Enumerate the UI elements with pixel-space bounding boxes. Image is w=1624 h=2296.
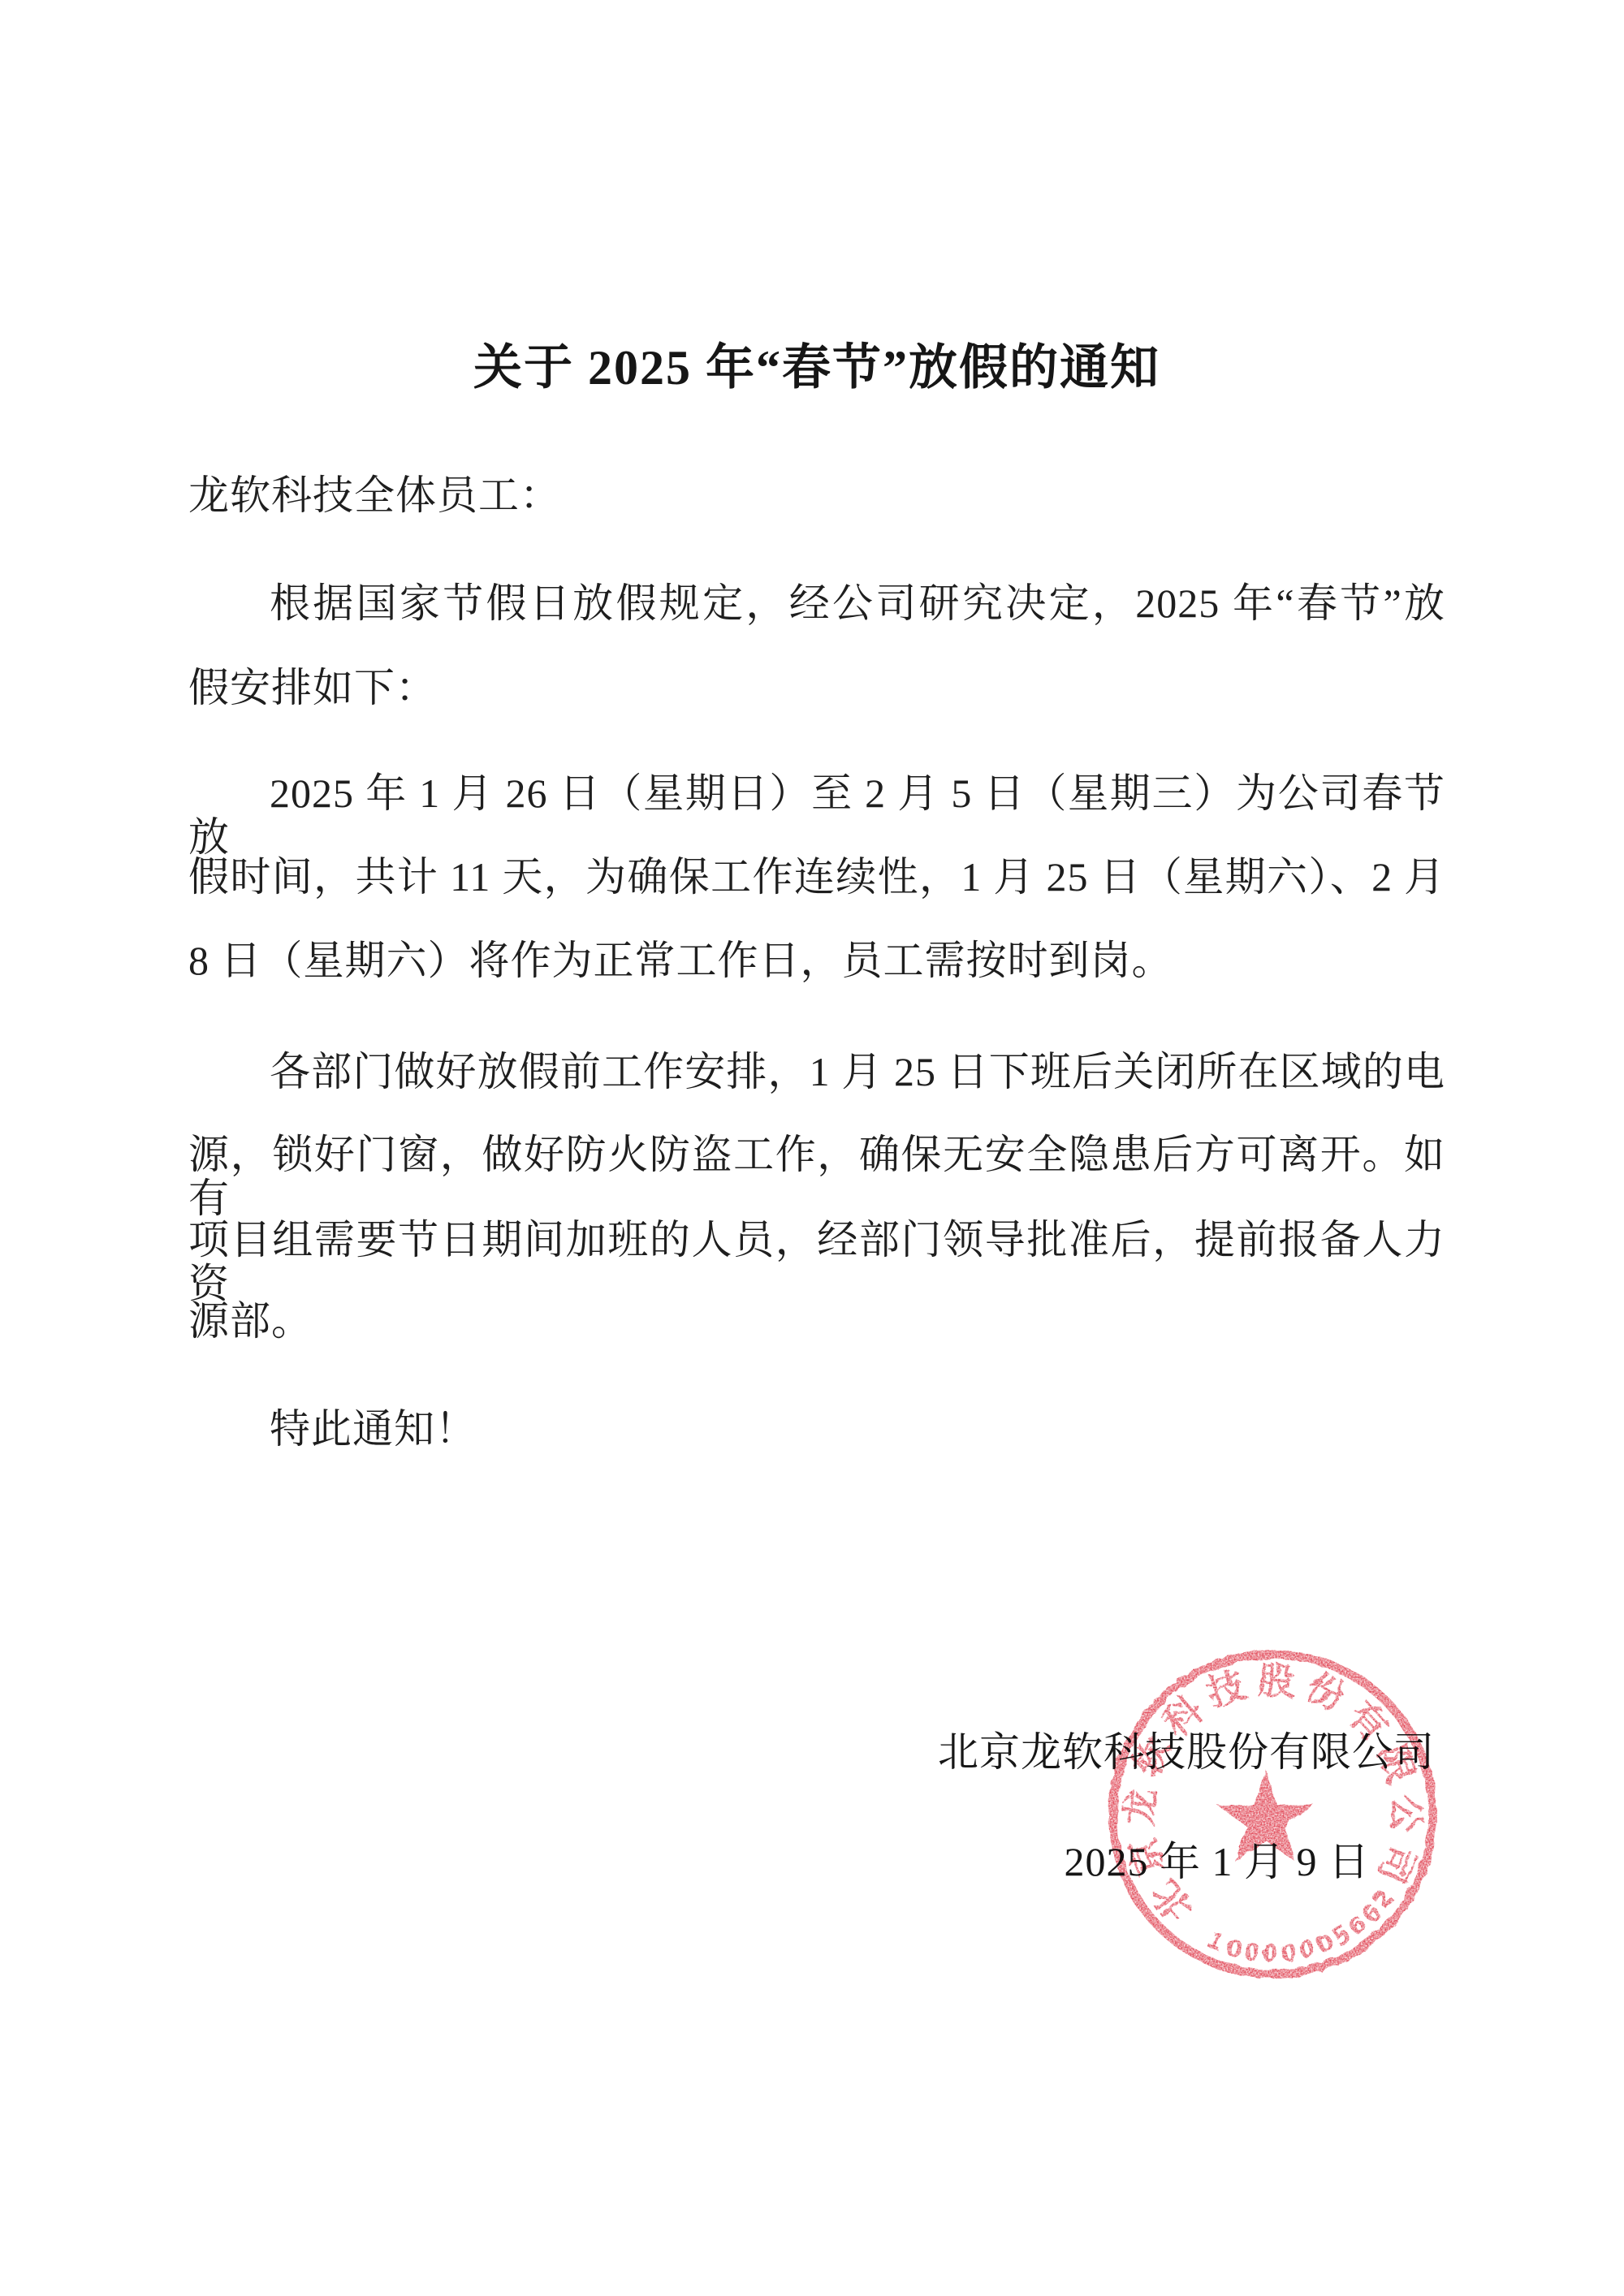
body-line: 项目组需要节日期间加班的人员，经部门领导批准后，提前报备人力资 bbox=[188, 1218, 1445, 1306]
seal-star-icon bbox=[1216, 1768, 1313, 1861]
body-line: 源部。 bbox=[188, 1299, 1445, 1343]
notice-title: 关于 2025 年“春节”放假的通知 bbox=[188, 341, 1445, 395]
salutation-line: 龙软科技全体员工： bbox=[188, 473, 1445, 517]
body-line: 2025 年 1 月 26 日（星期日）至 2 月 5 日（星期三）为公司春节放 bbox=[188, 771, 1445, 859]
body-line: 根据国家节假日放假规定，经公司研究决定，2025 年“春节”放 bbox=[188, 581, 1445, 625]
closing-line: 特此通知！ bbox=[188, 1407, 1445, 1451]
body-line: 假安排如下： bbox=[188, 666, 1445, 710]
company-seal: 北京龙软科技股份有限公司 1100000056626 bbox=[1106, 1647, 1437, 1979]
body-line: 源，锁好门窗，做好防火防盗工作，确保无安全隐患后方可离开。如有 bbox=[188, 1133, 1445, 1220]
notice-document-page: 关于 2025 年“春节”放假的通知 龙软科技全体员工： 根据国家节假日放假规定… bbox=[0, 0, 1624, 2296]
body-line: 各部门做好放假前工作安排，1 月 25 日下班后关闭所在区域的电 bbox=[188, 1050, 1445, 1094]
body-line: 8 日（星期六）将作为正常工作日，员工需按时到岗。 bbox=[188, 939, 1445, 982]
body-line: 假时间，共计 11 天，为确保工作连续性，1 月 25 日（星期六）、2 月 bbox=[188, 855, 1445, 899]
